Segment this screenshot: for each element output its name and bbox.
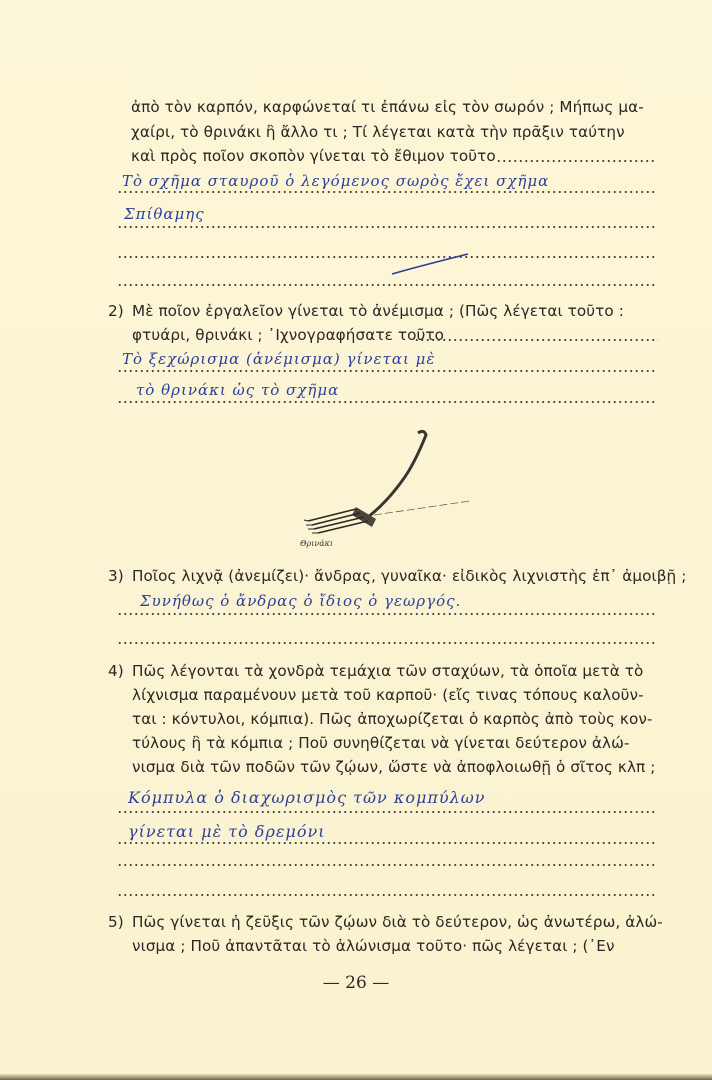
handwritten-answer: Τὸ ξεχώρισμα (ἀνέμισμα) γίνεται μὲ <box>122 350 435 368</box>
question-number: 5) <box>108 913 132 931</box>
question-4-line-2: λίχνισμα παραμένουν μετὰ τοῦ καρποῦ· (εἴ… <box>108 686 644 704</box>
dotted-leader <box>414 339 658 341</box>
question-number: 4) <box>108 662 132 680</box>
handwritten-answer: γίνεται μὲ τὸ δρεμόνι <box>128 822 325 841</box>
handwritten-answer: Σπίθαμης <box>124 205 205 223</box>
question-2-line-1: 2)Μὲ ποῖον ἐργαλεῖον γίνεται τὸ ἀνέμισμα… <box>108 302 624 320</box>
question-2-line-2: φτυάρι, θρινάκι ; ᾿Ιχνογραφήσατε τοῦτο <box>108 326 444 344</box>
question-5-line-2: νισμα ; Ποῦ ἀπαντᾶται τὸ ἀλώνισμα τοῦτο·… <box>108 937 615 955</box>
answer-dotted-line <box>117 894 657 896</box>
answer-dotted-line <box>117 256 657 258</box>
question-4-line-1: 4)Πῶς λέγονται τὰ χονδρὰ τεμάχια τῶν στα… <box>108 662 643 680</box>
handwritten-answer: Τὸ σχῆμα σταυροῦ ὁ λεγόμενος σωρὸς ἔχει … <box>122 172 549 190</box>
question-4-line-4: τύλους ἢ τὰ κόμπια ; Ποῦ συνηθίζεται νὰ … <box>108 734 629 752</box>
answer-dotted-line <box>117 642 657 644</box>
answer-dotted-line <box>117 226 657 228</box>
question-4-line-5: νισμα διὰ τῶν ποδῶν τῶν ζῴων, ὥστε νὰ ἀπ… <box>108 758 655 776</box>
answer-dotted-line <box>117 370 657 372</box>
answer-dotted-line <box>117 284 657 286</box>
answer-dotted-line <box>117 191 657 193</box>
intro-line-3: καὶ πρὸς ποῖον σκοπὸν γίνεται τὸ ἔθιμον … <box>131 147 496 165</box>
intro-line-1: ἀπὸ τὸν καρπόν, καρφώνεταί τι ἐπάνω εἰς … <box>131 98 644 116</box>
answer-dotted-line <box>117 842 657 844</box>
question-number: 2) <box>108 302 132 320</box>
handwritten-answer: Κόμπυλα ὁ διαχωρισμὸς τῶν κομπύλων <box>128 788 486 807</box>
answer-dotted-line <box>117 401 657 403</box>
pitchfork-illustration <box>290 425 470 545</box>
question-number: 3) <box>108 567 132 585</box>
dotted-leader <box>496 160 654 162</box>
scanned-page: ἀπὸ τὸν καρπόν, καρφώνεταί τι ἐπάνω εἰς … <box>0 0 712 1080</box>
question-3-line-1: 3)Ποῖος λιχνᾷ (ἀνεμίζει)· ἄνδρας, γυναῖκ… <box>108 567 686 585</box>
figure-caption: Θρινάκι <box>300 539 333 548</box>
page-number: — 26 — <box>0 973 712 993</box>
intro-line-2: χαίρι, τὸ θρινάκι ἢ ἄλλο τι ; Τί λέγεται… <box>131 123 625 141</box>
pen-stroke-mark <box>390 252 470 276</box>
answer-dotted-line <box>117 864 657 866</box>
question-5-line-1: 5)Πῶς γίνεται ἡ ζεῦξις τῶν ζῴων διὰ τὸ δ… <box>108 913 663 931</box>
question-4-line-3: ται : κόντυλοι, κόμπια). Πῶς ἀποχωρίζετα… <box>108 710 653 728</box>
answer-dotted-line <box>117 811 657 813</box>
page-bottom-edge <box>0 1074 712 1080</box>
handwritten-answer: Συνήθως ὁ ἄνδρας ὁ ἴδιος ὁ γεωργός. <box>140 592 461 610</box>
answer-dotted-line <box>117 613 657 615</box>
handwritten-answer: τὸ θρινάκι ὡς τὸ σχῆμα <box>136 381 339 399</box>
